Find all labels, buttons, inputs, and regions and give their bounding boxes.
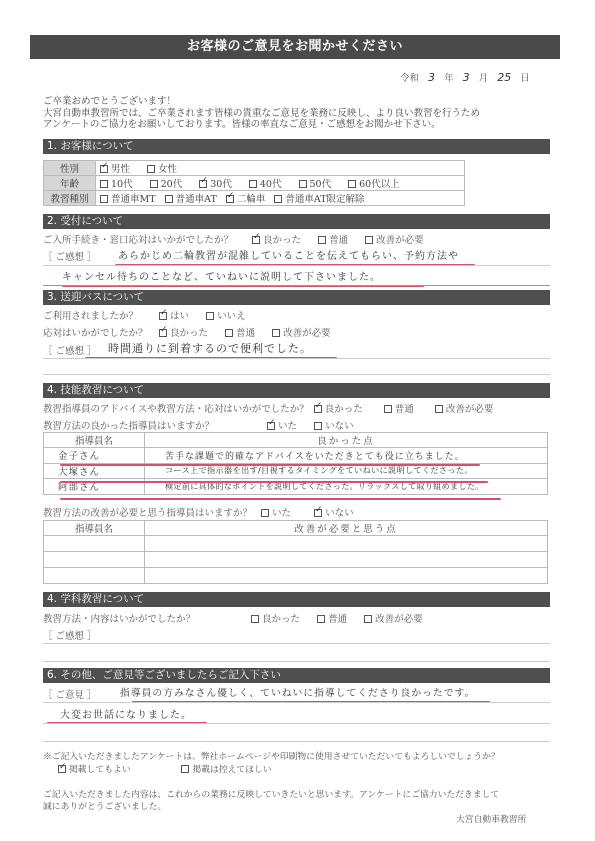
option-20s[interactable]: 20代 [150,176,183,190]
consent-options: 掲載してもよい 掲載は控えてほしい [58,764,286,776]
checkbox-icon[interactable] [299,180,307,188]
instructor-improve[interactable]: 改善が必要 [435,401,494,415]
section-1-header: 1. お客様について [43,139,550,154]
bus-service-normal[interactable]: 普通 [225,325,255,339]
date-month[interactable]: 3 [463,71,470,84]
comment-rule [43,723,550,724]
customer-info-table: 性別 男性 女性 年齢 10代 20代 30代 40代 50代 60代以上 教習… [43,160,465,206]
col-good-points: 良かった点 [145,433,548,448]
red-underline [60,481,488,483]
checkbox-icon[interactable] [348,180,356,188]
checkbox-icon[interactable] [58,765,66,773]
bus-service-improve[interactable]: 改善が必要 [272,325,331,339]
intro-line-3: アンケートのご協力をお願いしております。皆様の率直なご意見・ご感想をお聞かせ下さ… [43,119,480,131]
intro-line-1: ご卒業おめでとうございます！ [43,96,480,108]
instructor-normal[interactable]: 普通 [384,401,414,415]
checkbox-icon[interactable] [165,195,173,203]
table-row [44,568,548,584]
day-unit: 日 [520,73,530,84]
section-3-header: 3. 送迎バスについて [43,290,550,305]
checkbox-icon[interactable] [252,236,260,244]
date-era: 令和 [400,73,419,84]
col-improve-points: 改善が必要と思う点 [145,521,548,536]
consent-allow[interactable]: 掲載してもよい [58,764,131,776]
table-row [44,536,548,552]
other-comment-line-1[interactable]: 指導員の方みなさん優しく、ていねいに指導してくださり良かったです。 [120,685,475,699]
age-row: 年齢 10代 20代 30代 40代 50代 60代以上 [44,176,465,191]
reception-comment-line-1[interactable]: あらかじめ二輪教習が混雑していることを伝えてもらい、予約方法や [118,247,459,262]
bus-service-question: 応対はいかがでしたか？ 良かった 普通 改善が必要 [43,325,345,339]
comment-rule [43,265,550,266]
thanks-line-2: 誠にありがとうございました。 [43,801,499,813]
instructor-name-cell[interactable] [44,536,145,552]
option-40s[interactable]: 40代 [249,176,282,190]
option-at[interactable]: 普通車AT [165,191,217,205]
bus-use-yes[interactable]: はい [159,308,189,322]
option-60s-plus[interactable]: 60代以上 [348,176,400,190]
checkbox-icon[interactable] [181,765,189,773]
table-row: 金子さん 苦手な課題で的確なアドバイスをいただきとても役に立ちました。 [44,448,548,464]
improve-instructor-table: 指導員名 改善が必要と思う点 [43,520,548,584]
checkbox-icon[interactable] [159,312,167,320]
option-10s[interactable]: 10代 [100,176,133,190]
checkbox-icon[interactable] [314,509,322,517]
reception-normal[interactable]: 普通 [318,232,348,246]
comment-rule [43,285,550,286]
section-5-header: 4. 学科教習について [43,592,550,607]
classroom-good[interactable]: 良かった [251,611,300,625]
improve-instructor-question: 教習方法の改善が必要と思う指導員はいますか？ いた いない [43,505,368,519]
year-unit: 年 [444,73,454,84]
classroom-improve[interactable]: 改善が必要 [364,611,423,625]
checkbox-icon[interactable] [267,422,275,430]
good-instructor-question: 教習方法の良かった指導員はいますか？ いた いない [43,418,368,432]
good-instructor-no[interactable]: いない [314,418,354,432]
red-underline [60,464,480,466]
reception-question: ご入所手続き・窓口応対はいかがでしたか？ 良かった 普通 改善が必要 [43,232,438,246]
comment-rule [43,741,550,742]
checkbox-icon[interactable] [100,165,108,173]
checkbox-icon[interactable] [100,195,108,203]
checkbox-icon[interactable] [206,312,214,320]
classroom-comment-label: ［ ご感想 ］ [43,628,97,642]
option-motorcycle[interactable]: 二輪車 [226,191,266,205]
checkbox-icon[interactable] [226,195,234,203]
checkbox-icon[interactable] [274,195,282,203]
checkbox-icon[interactable] [314,422,322,430]
improve-instructor-no[interactable]: いない [314,505,354,519]
page-title: お客様のご意見をお聞かせください [30,35,560,59]
checkbox-icon[interactable] [318,236,326,244]
checkbox-icon[interactable] [314,405,322,413]
good-instructor-yes[interactable]: いた [267,418,297,432]
checkbox-icon[interactable] [261,509,269,517]
checkbox-icon[interactable] [435,405,443,413]
checkbox-icon[interactable] [199,180,207,188]
bus-comment-label: ［ ご感想 ］ [43,343,97,357]
gender-label: 性別 [44,161,96,176]
comment-rule [43,358,550,359]
comment-rule [43,702,550,703]
other-comment-label: ［ ご意見 ］ [43,687,97,701]
instructor-good[interactable]: 良かった [314,401,363,415]
month-unit: 月 [479,73,489,84]
section-6-header: 6. その他、ご意見等ございましたらご記入下さい [43,668,550,683]
section-4-header: 4. 技能教習について [43,383,550,398]
date-field: 令和 3 年 3 月 25 日 [400,70,530,84]
classroom-normal[interactable]: 普通 [317,611,347,625]
classroom-question: 教習方法・内容はいかがでしたか？ 良かった 普通 改善が必要 [43,611,437,625]
good-point-cell[interactable]: 苦手な課題で的確なアドバイスをいただきとても役に立ちました。 [145,448,548,464]
reception-good[interactable]: 良かった [252,232,301,246]
thanks-text: ご記入いただきました内容は、これからの業務に反映していきたいと思います。アンケー… [43,789,499,813]
option-mt[interactable]: 普通車MT [100,191,156,205]
table-header-row: 指導員名 改善が必要と思う点 [44,521,548,536]
checkbox-icon[interactable] [147,165,155,173]
improve-instructor-yes[interactable]: いた [261,505,291,519]
intro-line-2: 大宮自動車教習所では、ご卒業されます皆様の貴重なご意見を業務に反映し、より良い教… [43,108,480,120]
section-2-header: 2. 受付について [43,214,550,229]
table-header-row: 指導員名 良かった点 [44,433,548,448]
bus-use-no[interactable]: いいえ [206,308,246,322]
table-row [44,552,548,568]
bus-use-question: ご利用されましたか？ はい いいえ [43,308,260,322]
checkbox-icon[interactable] [251,615,259,623]
checkbox-icon[interactable] [272,329,280,337]
date-year[interactable]: 3 [428,71,435,84]
instructor-name-cell[interactable] [44,568,145,584]
col-instructor-name: 指導員名 [44,433,145,448]
other-comment-line-2[interactable]: 大変お世話になりました。 [60,706,192,721]
comment-rule[interactable] [43,661,550,662]
option-male[interactable]: 男性 [100,161,130,175]
course-type-row: 教習種別 普通車MT 普通車AT 二輪車 普通車AT限定解除 [44,191,465,206]
date-day[interactable]: 25 [497,71,511,84]
checkbox-icon[interactable] [159,329,167,337]
checkbox-icon[interactable] [150,180,158,188]
course-type-label: 教習種別 [44,191,96,206]
improve-point-cell[interactable] [145,568,548,584]
reception-comment-label: ［ ご感想 ］ [43,249,97,263]
consent-question: ※ご記入いただきましたアンケートは、弊社ホームページや印刷物に使用させていただい… [43,751,500,763]
consent-deny[interactable]: 掲載は控えてほしい [181,764,271,776]
reception-comment-line-2[interactable]: キャンセル待ちのことなど、ていねいに説明して下さいました。 [62,268,381,283]
intro-text: ご卒業おめでとうございます！ 大宮自動車教習所では、ご卒業されます皆様の貴重なご… [43,96,480,131]
option-at-unlock[interactable]: 普通車AT限定解除 [274,191,364,205]
option-female[interactable]: 女性 [147,161,177,175]
checkbox-icon[interactable] [225,329,233,337]
checkbox-icon[interactable] [384,405,392,413]
reception-improve[interactable]: 改善が必要 [365,232,424,246]
checkbox-icon[interactable] [365,236,373,244]
checkbox-icon[interactable] [100,180,108,188]
age-label: 年齢 [44,176,96,191]
bus-comment-line-1[interactable]: 時間通りに到着するので便利でした。 [108,340,312,356]
option-30s[interactable]: 30代 [199,176,232,190]
comment-rule [43,374,550,375]
instructor-name-cell[interactable]: 金子さん [44,448,145,464]
checkbox-icon[interactable] [317,615,325,623]
instructor-name-cell[interactable] [44,552,145,568]
option-50s[interactable]: 50代 [299,176,332,190]
gender-row: 性別 男性 女性 [44,161,465,176]
signature: 大宮自動車教習所 [456,814,526,826]
improve-point-cell[interactable] [145,552,548,568]
col-instructor-name: 指導員名 [44,521,145,536]
bus-service-good[interactable]: 良かった [159,325,208,339]
checkbox-icon[interactable] [249,180,257,188]
red-underline [60,498,501,500]
checkbox-icon[interactable] [364,615,372,623]
thanks-line-1: ご記入いただきました内容は、これからの業務に反映していきたいと思います。アンケー… [43,789,499,801]
instructor-question: 教習指導員のアドバイスや教習方法・応対はいかがでしたか？ 良かった 普通 改善が… [43,401,507,415]
improve-point-cell[interactable] [145,536,548,552]
comment-rule[interactable] [43,643,550,644]
